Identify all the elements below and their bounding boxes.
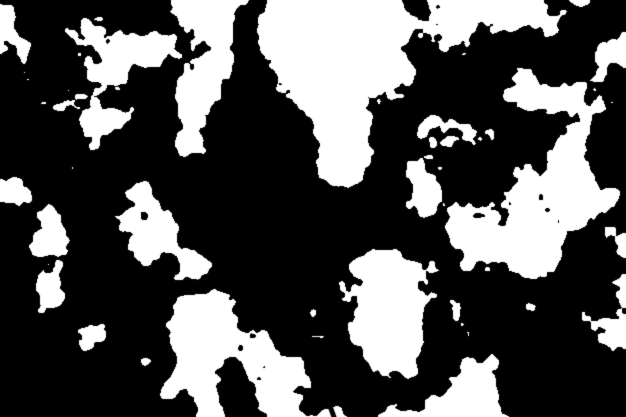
grunge-texture-canvas	[0, 0, 626, 417]
grunge-texture	[0, 0, 626, 417]
